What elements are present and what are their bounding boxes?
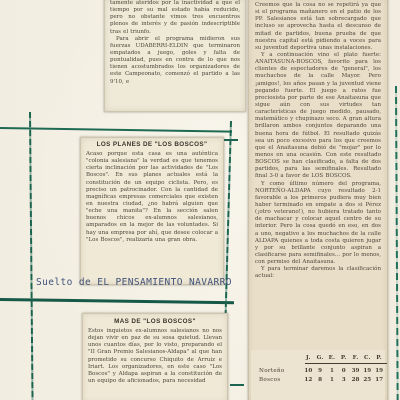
stitch-tick-bottom	[230, 384, 244, 386]
header-cell: G.	[314, 355, 326, 361]
stat-cell: 12	[302, 377, 314, 383]
stat-cell: 19	[373, 368, 385, 374]
stat-cell: 1	[326, 368, 338, 374]
stat-cell: 28	[350, 377, 362, 383]
stat-cell: 8	[314, 377, 326, 383]
stat-cell: 39	[350, 368, 362, 374]
clipping-paragraph: Estos inquietos ex-alumnos salesianos no…	[87, 328, 223, 385]
header-cell: C.	[361, 355, 373, 361]
classification-table-header: J. G. E. P. F. C. P.	[251, 353, 385, 362]
header-cell: E.	[326, 355, 338, 361]
stat-cell: 3	[338, 377, 350, 383]
stat-cell: 19	[361, 368, 373, 374]
stat-cell: 25	[361, 377, 373, 383]
clipping-paragraph: Y para terminar daremos la clasificación…	[254, 266, 382, 280]
stitch-tick-top	[224, 139, 238, 141]
clipping-paragraph: tamente ateridos por la inactividad a qu…	[109, 0, 241, 36]
table-rule	[305, 363, 388, 364]
stat-cell: 10	[302, 368, 314, 374]
stat-cell: 17	[373, 377, 385, 383]
stat-cell: 9	[314, 368, 326, 374]
typewritten-caption: Suelto de EL PENSAMIENTO NAVARRO	[36, 277, 246, 288]
clipping-paragraph: Para abrir el programa midieron sus fuer…	[109, 36, 241, 86]
header-cell: F.	[350, 355, 362, 361]
grid-line-vertical-right-edge	[395, 86, 399, 400]
grid-line-horizontal-middle	[0, 298, 234, 304]
clipping-right-column: Creemos que la cosa no se repetirá ya qu…	[248, 0, 388, 400]
clipping-top-middle: tamente ateridos por la inactividad a qu…	[104, 0, 246, 112]
clipping-headline: MAS DE "LOS BOSCOS"	[87, 318, 223, 325]
clipping-los-planes: LOS PLANES DE "LOS BOSCOS" Acaso porque …	[80, 137, 224, 285]
header-cell: P.	[373, 355, 385, 361]
header-cell: J.	[302, 355, 314, 361]
clipping-mas-de-los-boscos: MAS DE "LOS BOSCOS" Estos inquietos ex-a…	[82, 313, 228, 400]
clipping-paragraph: Y como último número del programa, NORTE…	[254, 181, 382, 267]
team-name: Norteño	[251, 368, 302, 374]
header-cell: P.	[338, 355, 350, 361]
classification-table: J. G. E. P. F. C. P. Norteño 10 9 1 0 39…	[251, 350, 385, 400]
clipping-paragraph: Creemos que la cosa no se repetirá ya qu…	[254, 2, 382, 52]
stat-cell: 1	[326, 377, 338, 383]
table-row: Norteño 10 9 1 0 39 19 19	[251, 366, 385, 375]
table-row: Boscos 12 8 1 3 28 25 17	[251, 375, 385, 384]
grid-line-vertical-left	[29, 112, 34, 400]
clipping-headline: LOS PLANES DE "LOS BOSCOS"	[85, 141, 219, 148]
grid-line-horizontal-top	[0, 127, 232, 133]
scrapbook-page: tamente ateridos por la inactividad a qu…	[0, 0, 400, 400]
team-name: Boscos	[251, 377, 302, 383]
clipping-paragraph: Acaso porque esta casa es una auténtica …	[85, 151, 219, 244]
stat-cell: 0	[338, 368, 350, 374]
clipping-paragraph: Y a continuación vino el plato fuerte: A…	[254, 52, 382, 181]
